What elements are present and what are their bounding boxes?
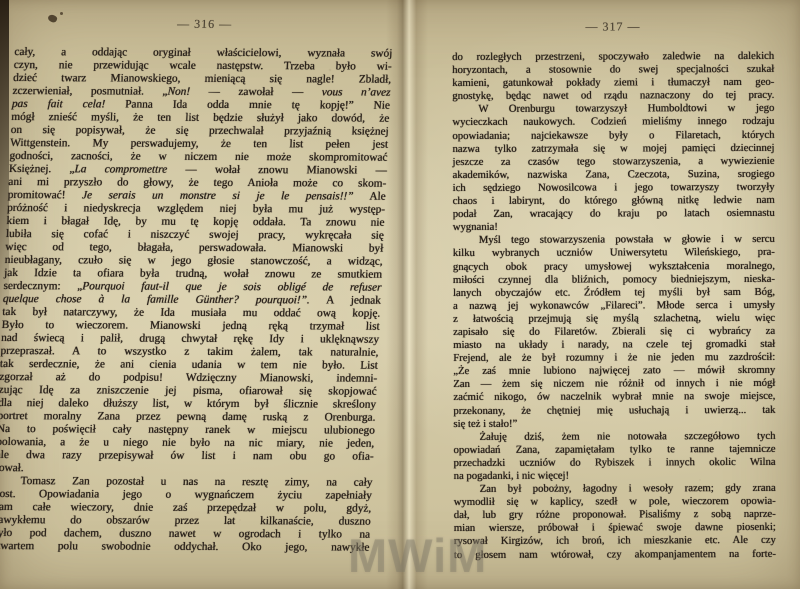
text-line: rysował Kirgizów, ich broń, ich mieszkan… (454, 534, 776, 548)
text-line: Żałuję dziś, żem nie notowała szczegółow… (453, 430, 775, 444)
text-line: zapisało się do Filaretów. Zbierali się … (453, 325, 775, 339)
text-line: dał, lub gry różne proponował. Pisaliśmy… (454, 508, 776, 522)
text-line: Myśl tego stowarzyszenia powstała w głow… (453, 233, 775, 247)
text-line: W Orenburgu towarzyszył Humboldtowi w je… (452, 102, 774, 116)
text-line: wymodlił się w kaplicy, szedł w pole, wi… (454, 495, 776, 509)
text-line: z łatwością przejmują się myślą szlachet… (453, 312, 775, 326)
text-line: „Że zaś mnie lubiono najwięcej zato — mó… (453, 364, 775, 378)
ink-speck (60, 12, 63, 15)
text-line: Zan — żem się niczem nie różnił od innyc… (453, 377, 775, 391)
text-line: na pogadanki, i nic więcej! (454, 469, 776, 483)
text-line: podał Zan, wracający do kraju po latach … (453, 207, 775, 221)
page-number-header: — 317 — (452, 19, 774, 34)
book-gutter-crease (386, 0, 428, 589)
text-line: mian wiersze, próbował i śpiewać swoje d… (454, 521, 776, 535)
page-316: — 316 — cały, a oddając oryginał właścic… (0, 16, 394, 555)
text-line: miasto na układy i narady, na czele tej … (453, 338, 775, 352)
text-line: miłości czynnej dla bliźnich, pomocy bie… (453, 272, 775, 286)
text-line: przekonany, że chętniej mię usłuchają i … (453, 403, 775, 417)
page-number-header: — 316 — (15, 16, 394, 32)
book-spread: — 316 — cały, a oddając oryginał właścic… (0, 0, 800, 589)
text-line: jeszcze za czasów tego stowarzyszenia, a… (452, 155, 774, 169)
text-line: przechadzki uczniów do Rybiszek i innych… (454, 456, 776, 470)
text-line: Zan był pobożny, łagodny i wesoły razem;… (454, 482, 776, 496)
text-line: horyzontach, a stosownie do swej specjal… (452, 63, 774, 77)
text-line: to głosem nam wtórował, czy akompanjamen… (454, 547, 776, 561)
text-line: ale dwa razy przepisywał ów list i nam o… (0, 449, 374, 464)
text-line: kamieni, gatunkował pokłady ziemi i tłum… (452, 76, 774, 90)
text-line: otwartem polu swobodnie oddychał. Oko je… (0, 540, 370, 555)
text-line: nazwa tylko zatrzymała się w mojej pamię… (452, 142, 774, 156)
watermark: MWiM (348, 530, 488, 582)
text-line: gnostykę, będąc nawet od rządu naznaczon… (452, 89, 774, 103)
page-text-block: do rozległych przestrzeni, spoczywało za… (452, 50, 776, 562)
text-line: opowiadań Zana, zapamiętałam tylko te ra… (453, 443, 775, 457)
text-line: się też i stało!” (453, 416, 775, 430)
text-line: gnących obok pracy umysłowej wykształcen… (453, 259, 775, 273)
text-line: opowiadania; najciekawsze były o Filaret… (452, 128, 774, 142)
text-line: a nazwą jej wykonawców „Filareci”. Młode… (453, 299, 775, 313)
text-line: chaos i labirynt, do którego główną nitk… (453, 194, 775, 208)
page-text-block: cały, a oddając oryginał właścicielowi, … (0, 46, 393, 555)
text-line: lanych obyczajów etc. Źródłem tej myśli … (453, 286, 775, 300)
page-317: — 317 — do rozległych przestrzeni, spocz… (452, 19, 776, 562)
text-line: zaćmić nikogo, ów naczelnik wybrał mnie … (453, 390, 775, 404)
text-line: akademików, nazwiska Zana, Czeczota, Suz… (453, 168, 775, 182)
text-line: wycieczkach naukowych. Codzień mieliśmy … (452, 115, 774, 129)
text-line: ich sędziego Nowosilcowa i jego towarzys… (453, 181, 775, 195)
text-line: do rozległych przestrzeni, spoczywało za… (452, 50, 774, 64)
text-line: kilku wybranych uczniów Uniwersytetu Wil… (453, 246, 775, 260)
text-line: wygnania! (453, 220, 775, 234)
